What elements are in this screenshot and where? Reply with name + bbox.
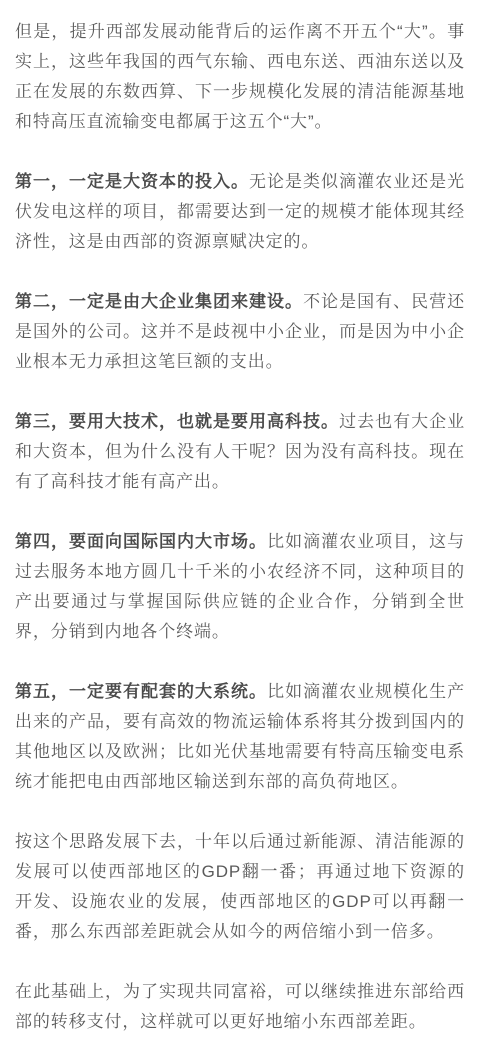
paragraph: 在此基础上，为了实现共同富裕，可以继续推进东部给西部的转移支付，这样就可以更好地… [15, 977, 465, 1037]
paragraph-lead: 第四，要面向国际国内大市场。 [15, 532, 267, 551]
paragraph: 第五，一定要有配套的大系统。比如滴灌农业规模化生产出来的产品，要有高效的物流运输… [15, 677, 465, 797]
paragraph-lead: 第五，一定要有配套的大系统。 [15, 682, 267, 701]
paragraph: 第四，要面向国际国内大市场。比如滴灌农业项目，这与过去服务本地方圆几十千米的小农… [15, 527, 465, 647]
paragraph-lead: 第三，要用大技术，也就是要用高科技。 [15, 412, 339, 431]
paragraph: 第二，一定是由大企业集团来建设。不论是国有、民营还是国外的公司。这并不是歧视中小… [15, 287, 465, 377]
paragraph-text: 在此基础上，为了实现共同富裕，可以继续推进东部给西部的转移支付，这样就可以更好地… [15, 982, 465, 1031]
paragraph-lead: 第二，一定是由大企业集团来建设。 [15, 292, 303, 311]
paragraph-lead: 第一，一定是大资本的投入。 [15, 172, 249, 191]
article-body: 但是，提升西部发展动能背后的运作离不开五个“大”。事实上，这些年我国的西气东输、… [0, 0, 480, 1051]
paragraph: 第三，要用大技术，也就是要用高科技。过去也有大企业和大资本，但为什么没有人干呢？… [15, 407, 465, 497]
paragraph: 但是，提升西部发展动能背后的运作离不开五个“大”。事实上，这些年我国的西气东输、… [15, 17, 465, 137]
paragraph: 第一，一定是大资本的投入。无论是类似滴灌农业还是光伏发电这样的项目，都需要达到一… [15, 167, 465, 257]
paragraph-text: 按这个思路发展下去，十年以后通过新能源、清洁能源的发展可以使西部地区的GDP翻一… [15, 832, 465, 941]
paragraph: 按这个思路发展下去，十年以后通过新能源、清洁能源的发展可以使西部地区的GDP翻一… [15, 827, 465, 947]
paragraph-text: 但是，提升西部发展动能背后的运作离不开五个“大”。事实上，这些年我国的西气东输、… [15, 22, 465, 131]
